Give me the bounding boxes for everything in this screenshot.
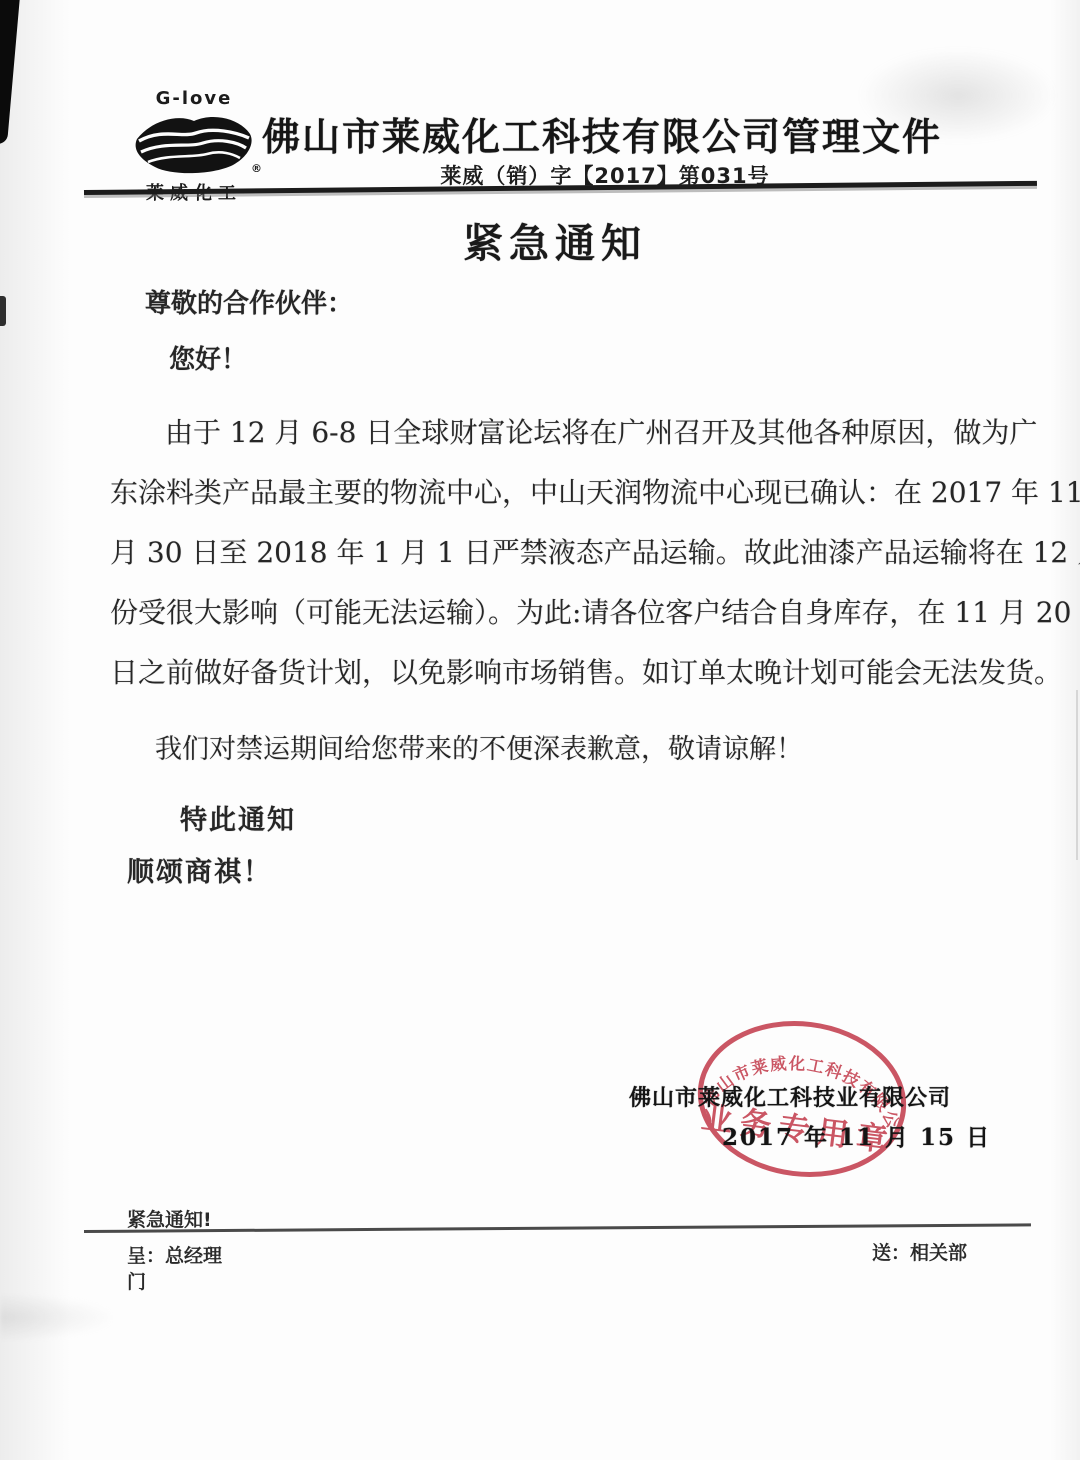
body-line-5: 日之前做好备货计划，以免影响市场销售。如订单太晚计划可能会无法发货。 (110, 651, 1062, 691)
footer-note: 紧急通知! (127, 1205, 212, 1232)
document-header-title: 佛山市莱威化工科技有限公司管理文件 (262, 106, 952, 161)
body-line-4: 份受很大影响（可能无法运输）。为此:请各位客户结合自身库存，在 11 月 20 (110, 591, 1071, 631)
signature-company: 佛山市莱威化工科技业有限公司 (629, 1081, 951, 1112)
scanned-letter-page: G-love ® 莱威化工 佛山市莱威化工科技有限公司管理文件 莱威（销）字【2… (0, 0, 1080, 1460)
closing-line: 特此通知 (180, 798, 296, 837)
salutation: 尊敬的合作伙伴： (145, 283, 353, 320)
greeting: 您好！ (169, 339, 247, 376)
footer-cc-recipient: 送：相关部 (872, 1238, 967, 1265)
logo-wave-icon: ® (130, 111, 258, 177)
notice-title: 紧急通知 (0, 212, 1080, 269)
footer-to-recipient: 呈：总经理 (127, 1241, 222, 1268)
apology-line: 我们对禁运期间给您带来的不便深表歉意，敬请谅解！ (155, 727, 803, 766)
footer-divider (84, 1223, 1031, 1233)
footer-to-recipient-wrap: 门 (127, 1267, 146, 1294)
registered-trademark-mark: ® (251, 162, 262, 175)
body-line-1: 由于 12 月 6-8 日全球财富论坛将在广州召开及其他各种原因，做为广 (165, 411, 1037, 451)
signature-date: 2017 年 11 月 15 日 (722, 1119, 991, 1152)
body-line-2: 东涂料类产品最主要的物流中心，中山天润物流中心现已确认：在 2017 年 11 (110, 471, 1080, 511)
body-line-3: 月 30 日至 2018 年 1 月 1 日严禁液态产品运输。故此油漆产品运输将… (110, 531, 1080, 571)
logo-brand-text: G-love (116, 88, 272, 109)
well-wishes-line: 顺颂商祺！ (127, 850, 272, 889)
scan-artifact-dash (0, 296, 6, 326)
scan-artifact-right-line (1076, 690, 1078, 860)
scan-smudge-bottom-left (0, 1295, 110, 1340)
